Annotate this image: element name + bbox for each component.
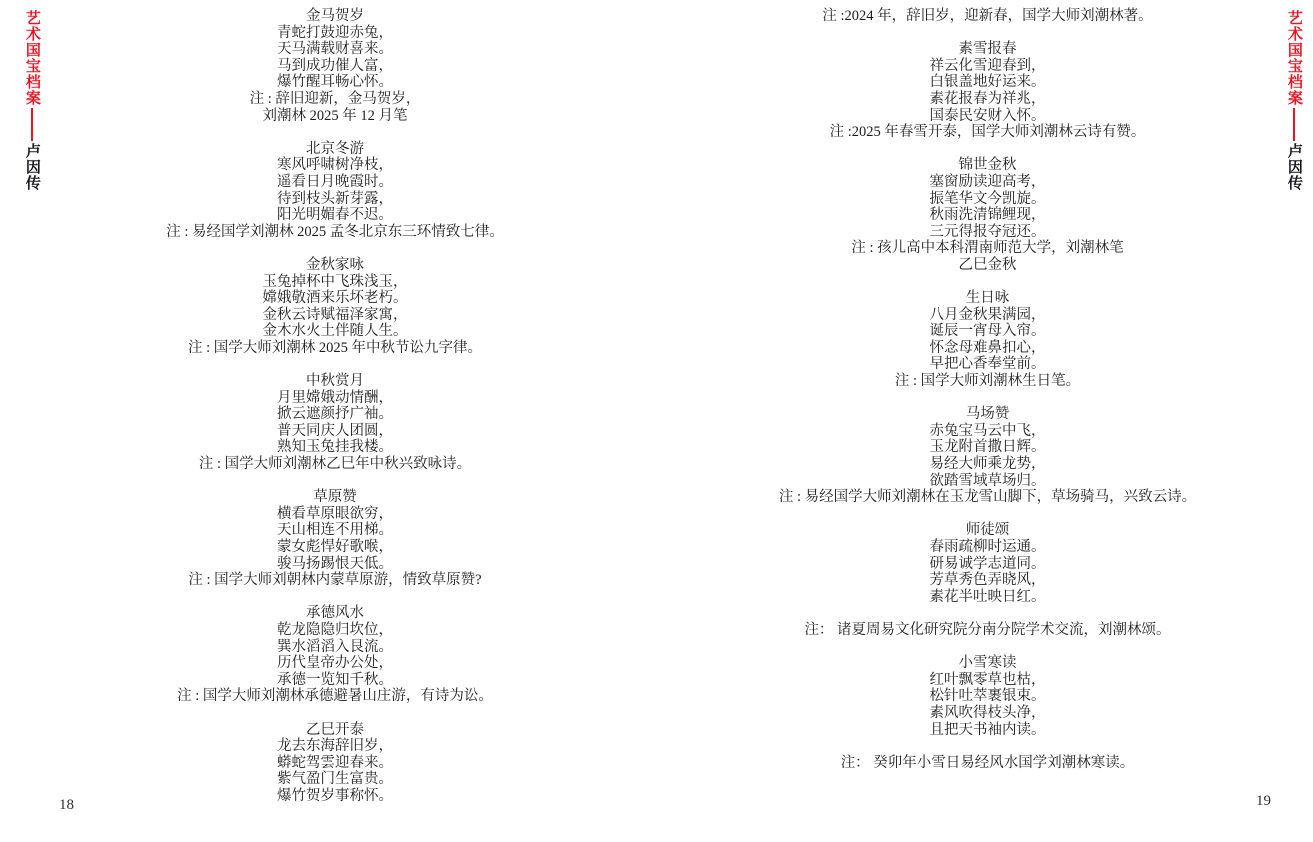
blank-line — [775, 639, 1200, 656]
poem-verse: 爆竹贺岁事称怀。 — [120, 788, 550, 805]
page-number-left: 18 — [59, 797, 74, 814]
poem-verse: 马到成功催人富， — [120, 58, 550, 75]
poem-verse: 芳草秀色弄晓风， — [775, 572, 1200, 589]
sidebar-divider-line — [1293, 108, 1296, 141]
poem-verse: 赤兔宝马云中飞， — [775, 423, 1200, 440]
poem-verse: 乾龙隐隐归坎位， — [120, 622, 550, 639]
poem-note: 注 : 国学大师刘朝林内蒙草原游，情致草原赞? — [120, 572, 550, 589]
poem-verse: 松针吐萃裹银束。 — [775, 688, 1200, 705]
poem-note: 注 : 国学大师刘潮林乙巳年中秋兴致咏诗。 — [120, 456, 550, 473]
poem-title: 马场赞 — [775, 406, 1200, 423]
poem-verse: 横看草原眼欲穷， — [120, 506, 550, 523]
poem-verse: 秋雨洗清锦鲤现， — [775, 207, 1200, 224]
blank-line — [120, 805, 550, 822]
poem-verse: 掀云遮颜抒广袖。 — [120, 406, 550, 423]
poem-title: 师徒颂 — [775, 522, 1200, 539]
poem-verse: 素花报春为祥兆， — [775, 91, 1200, 108]
poem-note: 注 : 易经国学刘潮林 2025 孟冬北京东三环情致七律。 — [120, 224, 550, 241]
poem-note: 注 : 易经国学大师刘潮林在玉龙雪山脚下，草场骑马，兴致云诗。 — [775, 489, 1200, 506]
poem-verse: 金秋云诗赋福泽家寓， — [120, 307, 550, 324]
blank-line — [775, 738, 1200, 755]
poem-verse: 三元得报夺冠还。 — [775, 224, 1200, 241]
poem-note: 注 : 孩儿高中本科渭南师范大学，刘潮林笔 — [775, 240, 1200, 257]
blank-line — [775, 390, 1200, 407]
poem-verse: 玉兔掉杯中飞珠浅玉， — [120, 274, 550, 291]
series-title-vertical: 艺术国宝档案 — [24, 10, 40, 106]
poem-verse: 怀念母难鼻扣心， — [775, 340, 1200, 357]
poem-verse: 龙去东海辞旧岁， — [120, 738, 550, 755]
blank-line — [775, 25, 1200, 42]
poem-verse: 紫气盈门生富贵。 — [120, 771, 550, 788]
page-number-right: 19 — [1256, 793, 1271, 810]
poem-note: 注 :2024 年，辞旧岁，迎新春，国学大师刘潮林著。 — [775, 8, 1200, 25]
book-title-vertical: 卢因传 — [1286, 143, 1302, 191]
poem-verse: 振笔华文今凯旋。 — [775, 191, 1200, 208]
poem-title: 承德风水 — [120, 605, 550, 622]
poem-title: 金马贺岁 — [120, 8, 550, 25]
poem-verse: 且把天书袖内读。 — [775, 722, 1200, 739]
poem-verse: 普天同庆人团圆， — [120, 423, 550, 440]
poem-title: 生日咏 — [775, 290, 1200, 307]
poem-verse: 金木水火土伴随人生。 — [120, 323, 550, 340]
poem-note: 注 :2025 年春雪开泰，国学大师刘潮林云诗有赞。 — [775, 124, 1200, 141]
poem-verse: 早把心香奉堂前。 — [775, 356, 1200, 373]
blank-line — [120, 240, 550, 257]
blank-line — [775, 771, 1200, 788]
poem-verse: 阳光明媚春不迟。 — [120, 207, 550, 224]
poem-title: 小雪寒读 — [775, 655, 1200, 672]
poem-verse: 蒙女彪悍好歌喉， — [120, 539, 550, 556]
poem-verse: 历代皇帝办公处， — [120, 655, 550, 672]
poem-verse: 八月金秋果满园， — [775, 307, 1200, 324]
poem-note: 注 : 国学大师刘潮林承德避暑山庄游，有诗为讼。 — [120, 688, 550, 705]
poem-verse: 青蛇打鼓迎赤兔， — [120, 25, 550, 42]
poem-verse: 塞窗励读迎高考， — [775, 174, 1200, 191]
poem-verse: 天山相连不用梯。 — [120, 522, 550, 539]
poem-verse: 玉龙附首撒日辉。 — [775, 439, 1200, 456]
book-title-vertical: 卢因传 — [24, 143, 40, 191]
poem-verse: 骏马扬踢恨天低。 — [120, 556, 550, 573]
poem-title: 锦世金秋 — [775, 157, 1200, 174]
blank-line — [120, 473, 550, 490]
blank-line — [775, 605, 1200, 622]
poem-verse: 国泰民安财入怀。 — [775, 108, 1200, 125]
right-sidebar: 艺术国宝档案 卢因传 — [1286, 10, 1302, 191]
sidebar-divider-line — [31, 108, 34, 141]
poem-note: 注 : 国学大师刘潮林生日笔。 — [775, 373, 1200, 390]
blank-line — [775, 141, 1200, 158]
left-sidebar: 艺术国宝档案 卢因传 — [24, 10, 40, 191]
poem-verse: 祥云化雪迎春到， — [775, 58, 1200, 75]
poem-verse: 研易诚学志道同。 — [775, 556, 1200, 573]
poem-verse: 蟒蛇驾雲迎春来。 — [120, 755, 550, 772]
poem-verse: 嫦娥敬酒来乐坏老朽。 — [120, 290, 550, 307]
poem-note: 注： 癸卯年小雪日易经风水国学刘潮林寒读。 — [775, 755, 1200, 772]
poem-verse: 爆竹醒耳畅心怀。 — [120, 74, 550, 91]
poem-verse: 天马满载财喜来。 — [120, 41, 550, 58]
poem-title: 素雪报春 — [775, 41, 1200, 58]
poem-verse: 熟知玉兔挂我楼。 — [120, 439, 550, 456]
poem-title: 乙巳开泰 — [120, 722, 550, 739]
poem-verse: 月里嫦娥动情酬， — [120, 390, 550, 407]
poem-verse: 寒风呼啸树净枝， — [120, 157, 550, 174]
poem-verse: 春雨疏柳时运通。 — [775, 539, 1200, 556]
poem-verse: 素风吹得枝头净， — [775, 705, 1200, 722]
poem-verse: 待到枝头新芽露， — [120, 191, 550, 208]
poem-note: 乙巳金秋 — [775, 257, 1200, 274]
blank-line — [120, 124, 550, 141]
blank-line — [120, 356, 550, 373]
poem-note: 注 : 辞旧迎新，金马贺岁， — [120, 91, 550, 108]
left-page-poems: 金马贺岁青蛇打鼓迎赤兔，天马满载财喜来。马到成功催人富，爆竹醒耳畅心怀。注 : … — [120, 8, 550, 821]
blank-line — [120, 589, 550, 606]
poem-verse: 白银盖地好运来。 — [775, 74, 1200, 91]
poem-note: 注 : 国学大师刘潮林 2025 年中秋节讼九字律。 — [120, 340, 550, 357]
poem-note: 刘潮林 2025 年 12 月笔 — [120, 108, 550, 125]
poem-verse: 诞辰一宵母入帘。 — [775, 323, 1200, 340]
series-title-vertical: 艺术国宝档案 — [1286, 10, 1302, 106]
poem-verse: 素花半吐映日红。 — [775, 589, 1200, 606]
right-page-poems: 注 :2024 年，辞旧岁，迎新春，国学大师刘潮林著。素雪报春祥云化雪迎春到，白… — [775, 8, 1200, 788]
blank-line — [775, 506, 1200, 523]
poem-title: 草原赞 — [120, 489, 550, 506]
poem-title: 北京冬游 — [120, 141, 550, 158]
poem-verse: 易经大师乘龙势， — [775, 456, 1200, 473]
blank-line — [120, 705, 550, 722]
poem-verse: 红叶飘零草也枯， — [775, 672, 1200, 689]
poem-title: 金秋家咏 — [120, 257, 550, 274]
poem-note: 注： 诸夏周易文化研究院分南分院学术交流，刘潮林颂。 — [775, 622, 1200, 639]
poem-verse: 欲踏雪域草场归。 — [775, 473, 1200, 490]
poem-title: 中秋赏月 — [120, 373, 550, 390]
poem-verse: 巽水滔滔入艮流。 — [120, 639, 550, 656]
poem-verse: 承德一览知千秋。 — [120, 672, 550, 689]
blank-line — [775, 274, 1200, 291]
poem-verse: 遥看日月晚霞时。 — [120, 174, 550, 191]
